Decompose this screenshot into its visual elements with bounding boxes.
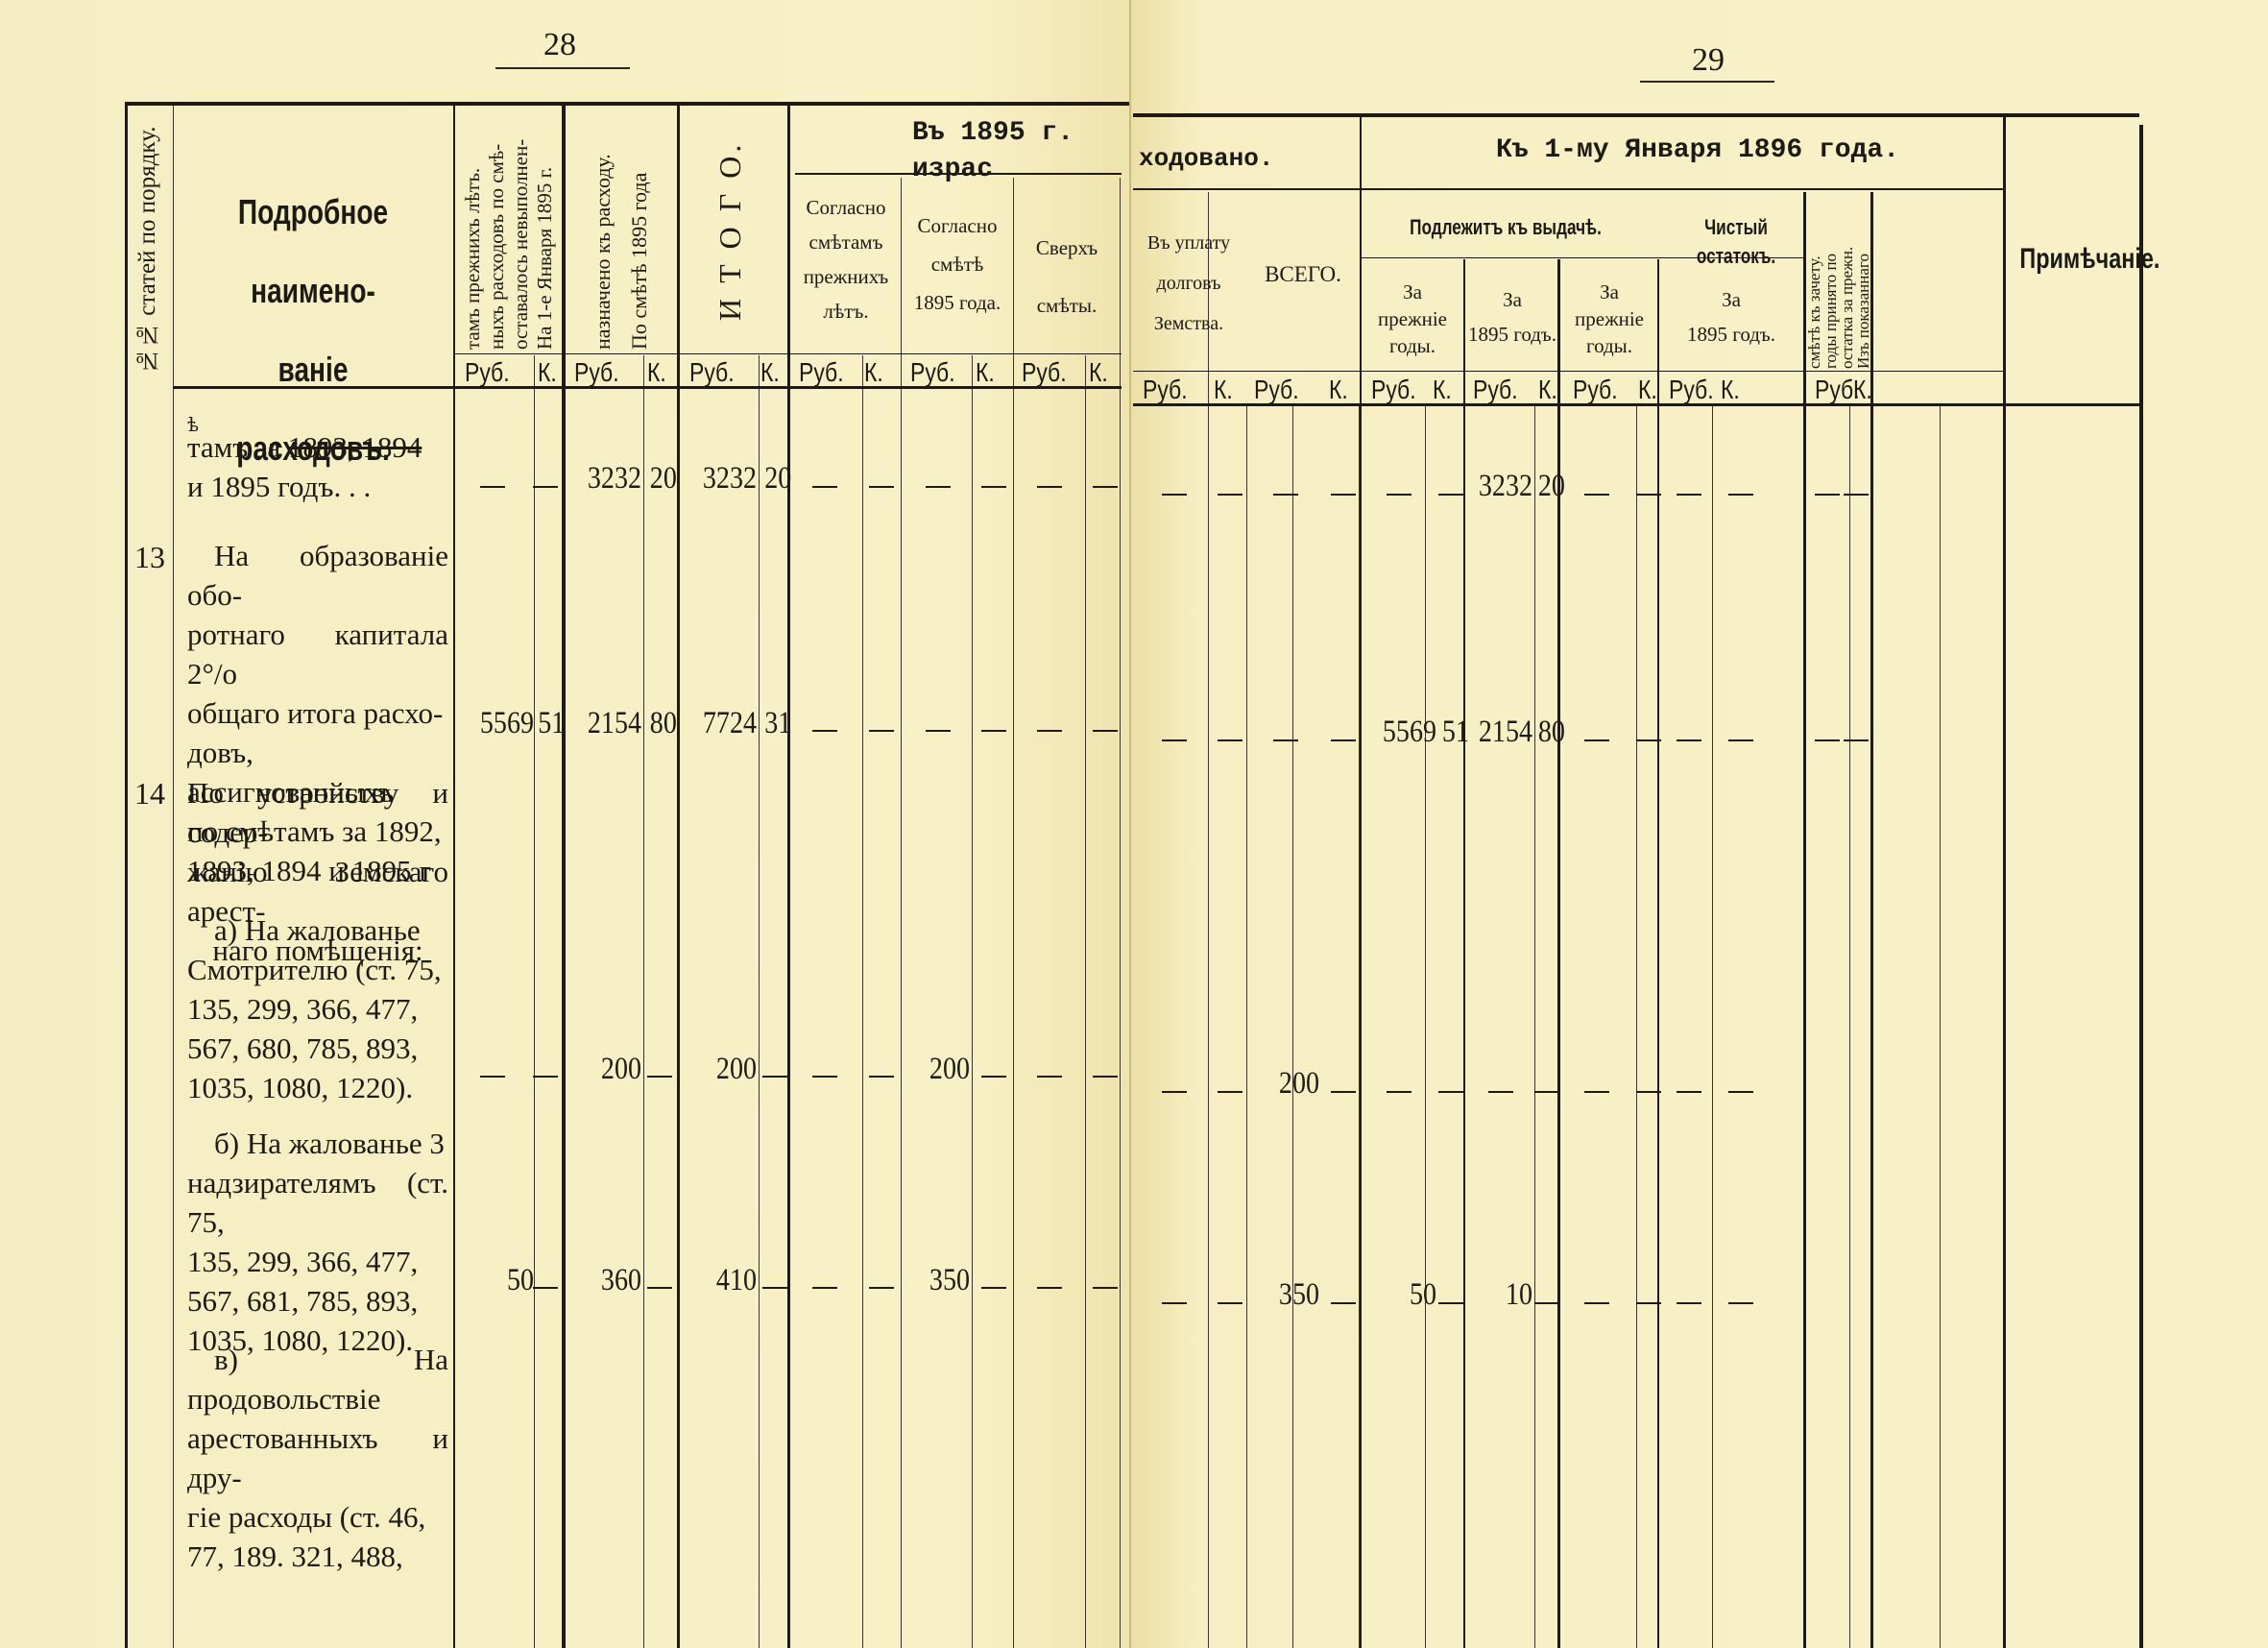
header-line: За [1362, 279, 1463, 305]
dash [1273, 494, 1298, 496]
col-rule [534, 355, 535, 1648]
dash [869, 486, 894, 488]
header-line: годы. [1362, 332, 1463, 359]
row-number: 13 [134, 540, 165, 575]
dash [1093, 730, 1118, 732]
dash [1677, 1302, 1701, 1304]
header-line: Земства. [1133, 303, 1244, 344]
dash [1218, 494, 1243, 496]
unit-kop: К. [1538, 375, 1557, 405]
dash [1438, 1302, 1463, 1304]
cell-est1895-rub: 200 [913, 1052, 971, 1087]
dash [981, 730, 1006, 732]
header-subrule [1133, 188, 1360, 190]
header-line: долговъ [1133, 263, 1244, 303]
header-line: Изъ показаннаго [1855, 190, 1871, 369]
dash [1584, 494, 1609, 496]
col-rule [2003, 117, 2006, 1648]
unit-rub: Руб. [1143, 375, 1188, 405]
header-line: Сверхъ [1015, 219, 1119, 277]
dash [869, 1076, 894, 1078]
col-rule [1534, 403, 1535, 1648]
cell-total-rub: 3232 [693, 461, 757, 497]
cell-payprev-rub: 50 [1376, 1277, 1436, 1313]
header-credited: Изъ показаннаго остатка за прежн. годы п… [1807, 190, 1870, 369]
desc-line: 567, 680, 785, 893, [187, 1029, 448, 1068]
dash [1728, 494, 1753, 496]
dash [981, 486, 1006, 488]
dash [533, 486, 558, 488]
header-line: 1895 года. [903, 283, 1012, 322]
table-left-rule [125, 102, 128, 1648]
dash [1844, 494, 1869, 496]
unit-rub: Руб. [689, 357, 735, 388]
dash [1584, 1302, 1609, 1304]
dash [647, 1076, 672, 1078]
col-rule [2139, 125, 2143, 1648]
dash [1162, 1091, 1187, 1093]
cell-pay1895-kop: 80 [1538, 715, 1559, 750]
header-line: смѣтѣ [903, 245, 1012, 283]
col-rule [1940, 403, 1941, 1648]
dash [869, 730, 894, 732]
header-line: лѣтъ. [793, 294, 899, 328]
unit-kop: К. [976, 357, 995, 388]
desc-line: Смотрителю (ст. 75, [187, 950, 448, 989]
header-debts: Въ уплату долговъ Земства. [1133, 223, 1244, 344]
row-description: б) На жалованье 3 надзирателямъ (ст. 75,… [187, 1124, 448, 1360]
dash [1728, 739, 1753, 741]
dash [1584, 739, 1609, 741]
col-rule [1636, 403, 1637, 1648]
col-rule [972, 355, 973, 1648]
dash [1584, 1091, 1609, 1093]
desc-line: а) На жалованье [187, 910, 448, 950]
dash [981, 1076, 1006, 1078]
cell-assigned-rub: 2154 [578, 706, 641, 741]
dash [1037, 486, 1062, 488]
col-rule [453, 106, 455, 1648]
dash [1331, 1091, 1356, 1093]
dash [1488, 1091, 1513, 1093]
cell-remaining-rub: 5569 [466, 706, 534, 741]
desc-text: тамъ за [187, 430, 288, 464]
header-spent-1895-estimate: Согласно смѣтѣ 1895 года. [903, 206, 1012, 322]
row-description: в) На продовольствіе арестованныхъ и дру… [187, 1340, 448, 1576]
col-rule [562, 106, 566, 1648]
col-rule [1657, 259, 1659, 1648]
desc-line: 135, 299, 366, 477, [187, 1242, 448, 1281]
cell-assigned-kop: 20 [650, 461, 676, 497]
dash [1037, 730, 1062, 732]
dash [1534, 1302, 1559, 1304]
dash [1728, 1091, 1753, 1093]
header-line: смѣтамъ [793, 225, 899, 259]
unit-kop: К. [538, 357, 557, 388]
dash [1677, 739, 1701, 741]
dash [981, 1287, 1006, 1289]
dash [762, 1287, 787, 1289]
header-spent-title: Въ 1895 г. израс [912, 115, 1133, 188]
header-col-number: №№ статей по порядку. [134, 120, 161, 379]
dash [1037, 1287, 1062, 1289]
col-rule [901, 178, 902, 1648]
header-line: 1895 годъ. [1465, 317, 1559, 351]
header-payable-1895: За 1895 годъ. [1465, 282, 1559, 351]
dash [812, 1287, 837, 1289]
cell-remaining-rub: 50 [466, 1263, 534, 1298]
cell-payprev-rub: 5569 [1376, 715, 1436, 750]
cell-total-rub: 7724 [693, 706, 757, 741]
header-col-total: И Т О Г О. [712, 120, 748, 341]
header-net-prev: За прежніе годы. [1561, 279, 1657, 359]
dash [926, 486, 951, 488]
cell-payprev-kop: 51 [1442, 715, 1463, 750]
header-line: На 1-е Января 1895 г. [533, 108, 557, 350]
unit-kop: К. [864, 357, 883, 388]
right-page: 29 ходовано. Къ 1-му Января 1896 года. В… [1131, 0, 2268, 1648]
col-rule [1870, 192, 1873, 1648]
dash [1093, 1287, 1118, 1289]
dash [1815, 494, 1840, 496]
header-line: годы. [1561, 332, 1657, 359]
header-payable-prev: За прежніе годы. [1362, 279, 1463, 359]
unit-rub: Руб. [574, 357, 619, 388]
header-subrule [1362, 188, 2003, 190]
unit-kop: К. [1433, 375, 1452, 405]
dash [1387, 1091, 1411, 1093]
col-rule [1013, 178, 1014, 1648]
col-rule [1085, 355, 1086, 1648]
dash [812, 486, 837, 488]
header-line: За [1465, 282, 1559, 317]
desc-line: общаго итога расхо- [187, 693, 448, 733]
cell-assigned-rub: 360 [578, 1263, 641, 1298]
dash [533, 1076, 558, 1078]
dash [1162, 494, 1187, 496]
desc-line: надзирателямъ (ст. 75, [187, 1163, 448, 1242]
row-number: 14 [134, 776, 165, 812]
dash [1162, 1302, 1187, 1304]
dash [1677, 494, 1701, 496]
unit-kop: К. [1638, 375, 1657, 405]
header-line: тамъ прежнихъ лѣтъ. [461, 108, 485, 350]
dash [1636, 1091, 1661, 1093]
header-line: смѣтѣ къ зачету. [1806, 190, 1822, 369]
dash [533, 1287, 558, 1289]
dash [1218, 1302, 1243, 1304]
dash [812, 730, 837, 732]
desc-line: 567, 681, 785, 893, [187, 1281, 448, 1321]
desc-line: б) На жалованье 3 [187, 1124, 448, 1163]
dash [1037, 1076, 1062, 1078]
cell-remaining-kop: 51 [538, 706, 561, 741]
header-col-name-line1: Подробное наимено- [204, 173, 422, 330]
unit-rub: Руб. [1573, 375, 1618, 405]
header-line: По смѣтѣ 1895 года [627, 108, 652, 350]
col-rule [1849, 403, 1850, 1648]
col-rule [1120, 178, 1121, 1648]
col-rule [1557, 259, 1560, 1648]
header-all-total: ВСЕГО. [1248, 259, 1358, 289]
dash [1387, 494, 1411, 496]
dash [869, 1287, 894, 1289]
col-rule [1463, 259, 1465, 1648]
unit-rub: Руб. [1254, 375, 1299, 405]
header-net-1895: За 1895 годъ. [1659, 282, 1803, 351]
cell-total-kop: 20 [764, 461, 787, 497]
header-jan1896-title: Къ 1-му Января 1896 года. [1400, 133, 1995, 169]
unit-kop: К. [1089, 357, 1108, 388]
dash [1331, 1302, 1356, 1304]
col-rule [759, 355, 760, 1648]
unit-rub: Руб. [465, 357, 510, 388]
page-number: 28 [543, 27, 576, 63]
dash [1273, 739, 1298, 741]
units-rule [1133, 371, 2003, 372]
desc-line: и 1895 годъ. . . [187, 467, 448, 506]
dash [1093, 1076, 1118, 1078]
dash [812, 1076, 837, 1078]
dash [1438, 1091, 1463, 1093]
dash [1534, 1091, 1559, 1093]
header-line: Согласно [903, 206, 1012, 245]
header-line: смѣты. [1015, 277, 1119, 334]
dash [926, 730, 951, 732]
header-note: Примѣчаніе. [2019, 240, 2124, 279]
header-spent-prev-estimates: Согласно смѣтамъ прежнихъ лѣтъ. [793, 190, 899, 328]
cell-total-rub: 200 [693, 1052, 757, 1087]
col-rule [1425, 403, 1426, 1648]
dash [1331, 739, 1356, 741]
header-line: За [1659, 282, 1803, 317]
col-rule [1246, 403, 1247, 1648]
col-rule [677, 106, 680, 1648]
col-rule [643, 355, 644, 1648]
col-rule [1292, 403, 1293, 1648]
desc-line: в) На продовольствіе [187, 1340, 448, 1418]
dash [1218, 739, 1243, 741]
unit-rub: Руб. [910, 357, 955, 388]
dash [1815, 739, 1840, 741]
units-rule [453, 353, 1122, 354]
cell-pay1895-rub: 2154 [1476, 715, 1533, 750]
header-line: годы принято по [1822, 190, 1839, 369]
table-top-rule [125, 102, 1131, 106]
cell-pay1895-kop: 20 [1538, 469, 1559, 504]
unit-kop: К. [1329, 375, 1348, 405]
dash [1677, 1091, 1701, 1093]
cell-total-rub: 410 [693, 1263, 757, 1298]
desc-line: ротнаго капитала 2°/o [187, 615, 448, 693]
dash [1438, 494, 1463, 496]
page-number-rule [1640, 81, 1774, 83]
unit-rub: Руб. [1022, 357, 1067, 388]
unit-rub: Руб. [1371, 375, 1416, 405]
header-line: Въ уплату [1133, 223, 1244, 263]
col-rule [1803, 192, 1806, 1648]
dash [480, 486, 505, 488]
row-description: а) На жалованье Смотрителю (ст. 75, 135,… [187, 910, 448, 1107]
page-number-rule [495, 67, 630, 69]
desc-line: По устройству и содер- [187, 773, 448, 852]
header-net-balance-title: Чистый остатокъ. [1669, 213, 1803, 270]
header-line: оставалось невыполнен- [509, 108, 533, 350]
table-top-rule [1133, 113, 2139, 117]
unit-kop: К. [647, 357, 666, 388]
unit-rub: Руб. [1669, 375, 1714, 405]
cell-all-rub: 350 [1259, 1277, 1319, 1313]
dash [1728, 1302, 1753, 1304]
header-line: 1895 годъ. [1659, 317, 1803, 351]
struck-text: 1893, 1894 [288, 430, 422, 464]
header-payable-title: Подлежитъ къ выдачѣ. [1386, 213, 1626, 242]
header-spent-title-cont: ходовано. [1139, 142, 1273, 176]
dash [762, 1076, 787, 1078]
cell-assigned-rub: 200 [578, 1052, 641, 1087]
dash [1636, 1302, 1661, 1304]
col-rule [1208, 192, 1209, 1648]
left-page: 28 №№ статей по порядку. Подробное наиме… [0, 0, 1131, 1648]
header-line: прежніе [1362, 305, 1463, 332]
unit-kop: К. [1853, 375, 1872, 405]
col-rule [1712, 403, 1713, 1648]
dash [1844, 739, 1869, 741]
header-line: назначено къ расходу. [591, 108, 615, 350]
header-line: прежнихъ [793, 259, 899, 294]
cell-all-rub: 200 [1259, 1066, 1319, 1102]
desc-line: На образованіе обо- [187, 536, 448, 615]
dash [480, 1076, 505, 1078]
cell-pay1895-rub: 10 [1476, 1277, 1533, 1313]
dash [647, 1287, 672, 1289]
desc-line: 1035, 1080, 1220). [187, 1068, 448, 1107]
header-col-assigned: По смѣтѣ 1895 года назначено къ расходу. [568, 108, 674, 350]
dash [1636, 494, 1661, 496]
col-rule [173, 106, 174, 1648]
dash [1218, 1091, 1243, 1093]
cell-assigned-rub: 3232 [578, 461, 641, 497]
header-line: остатка за прежн. [1839, 190, 1855, 369]
cell-est1895-rub: 350 [913, 1263, 971, 1298]
col-rule [787, 106, 790, 1648]
dash [1162, 739, 1187, 741]
dash [1331, 494, 1356, 496]
cell-total-kop: 31 [764, 706, 787, 741]
desc-line: 135, 299, 366, 477, [187, 989, 448, 1029]
cell-pay1895-rub: 3232 [1476, 469, 1533, 504]
unit-kop: К. [760, 357, 780, 388]
header-spent-over-estimate: Сверхъ смѣты. [1015, 219, 1119, 334]
desc-line: арестованныхъ и дру- [187, 1418, 448, 1497]
col-rule [862, 355, 863, 1648]
page-number: 29 [1692, 42, 1725, 79]
unit-rub: Руб. [1473, 375, 1518, 405]
dash [1636, 739, 1661, 741]
header-line: ныхъ расходовъ по смѣ- [485, 108, 509, 350]
desc-line: 77, 189. 321, 488, [187, 1537, 448, 1576]
desc-line: гіе расходы (ст. 46, [187, 1497, 448, 1537]
row-description: тамъ за 1893, 1894 и 1895 годъ. . . [187, 427, 448, 506]
header-col-remaining: На 1-е Января 1895 г. оставалось невыпол… [457, 108, 561, 350]
cell-assigned-kop: 80 [650, 706, 676, 741]
header-line: прежніе [1561, 305, 1657, 332]
dash [1093, 486, 1118, 488]
unit-kop: К. [1214, 375, 1233, 405]
header-line: Согласно [793, 190, 899, 225]
unit-rub: Руб. [799, 357, 844, 388]
header-line: За [1561, 279, 1657, 305]
unit-kop: К. [1721, 375, 1740, 405]
